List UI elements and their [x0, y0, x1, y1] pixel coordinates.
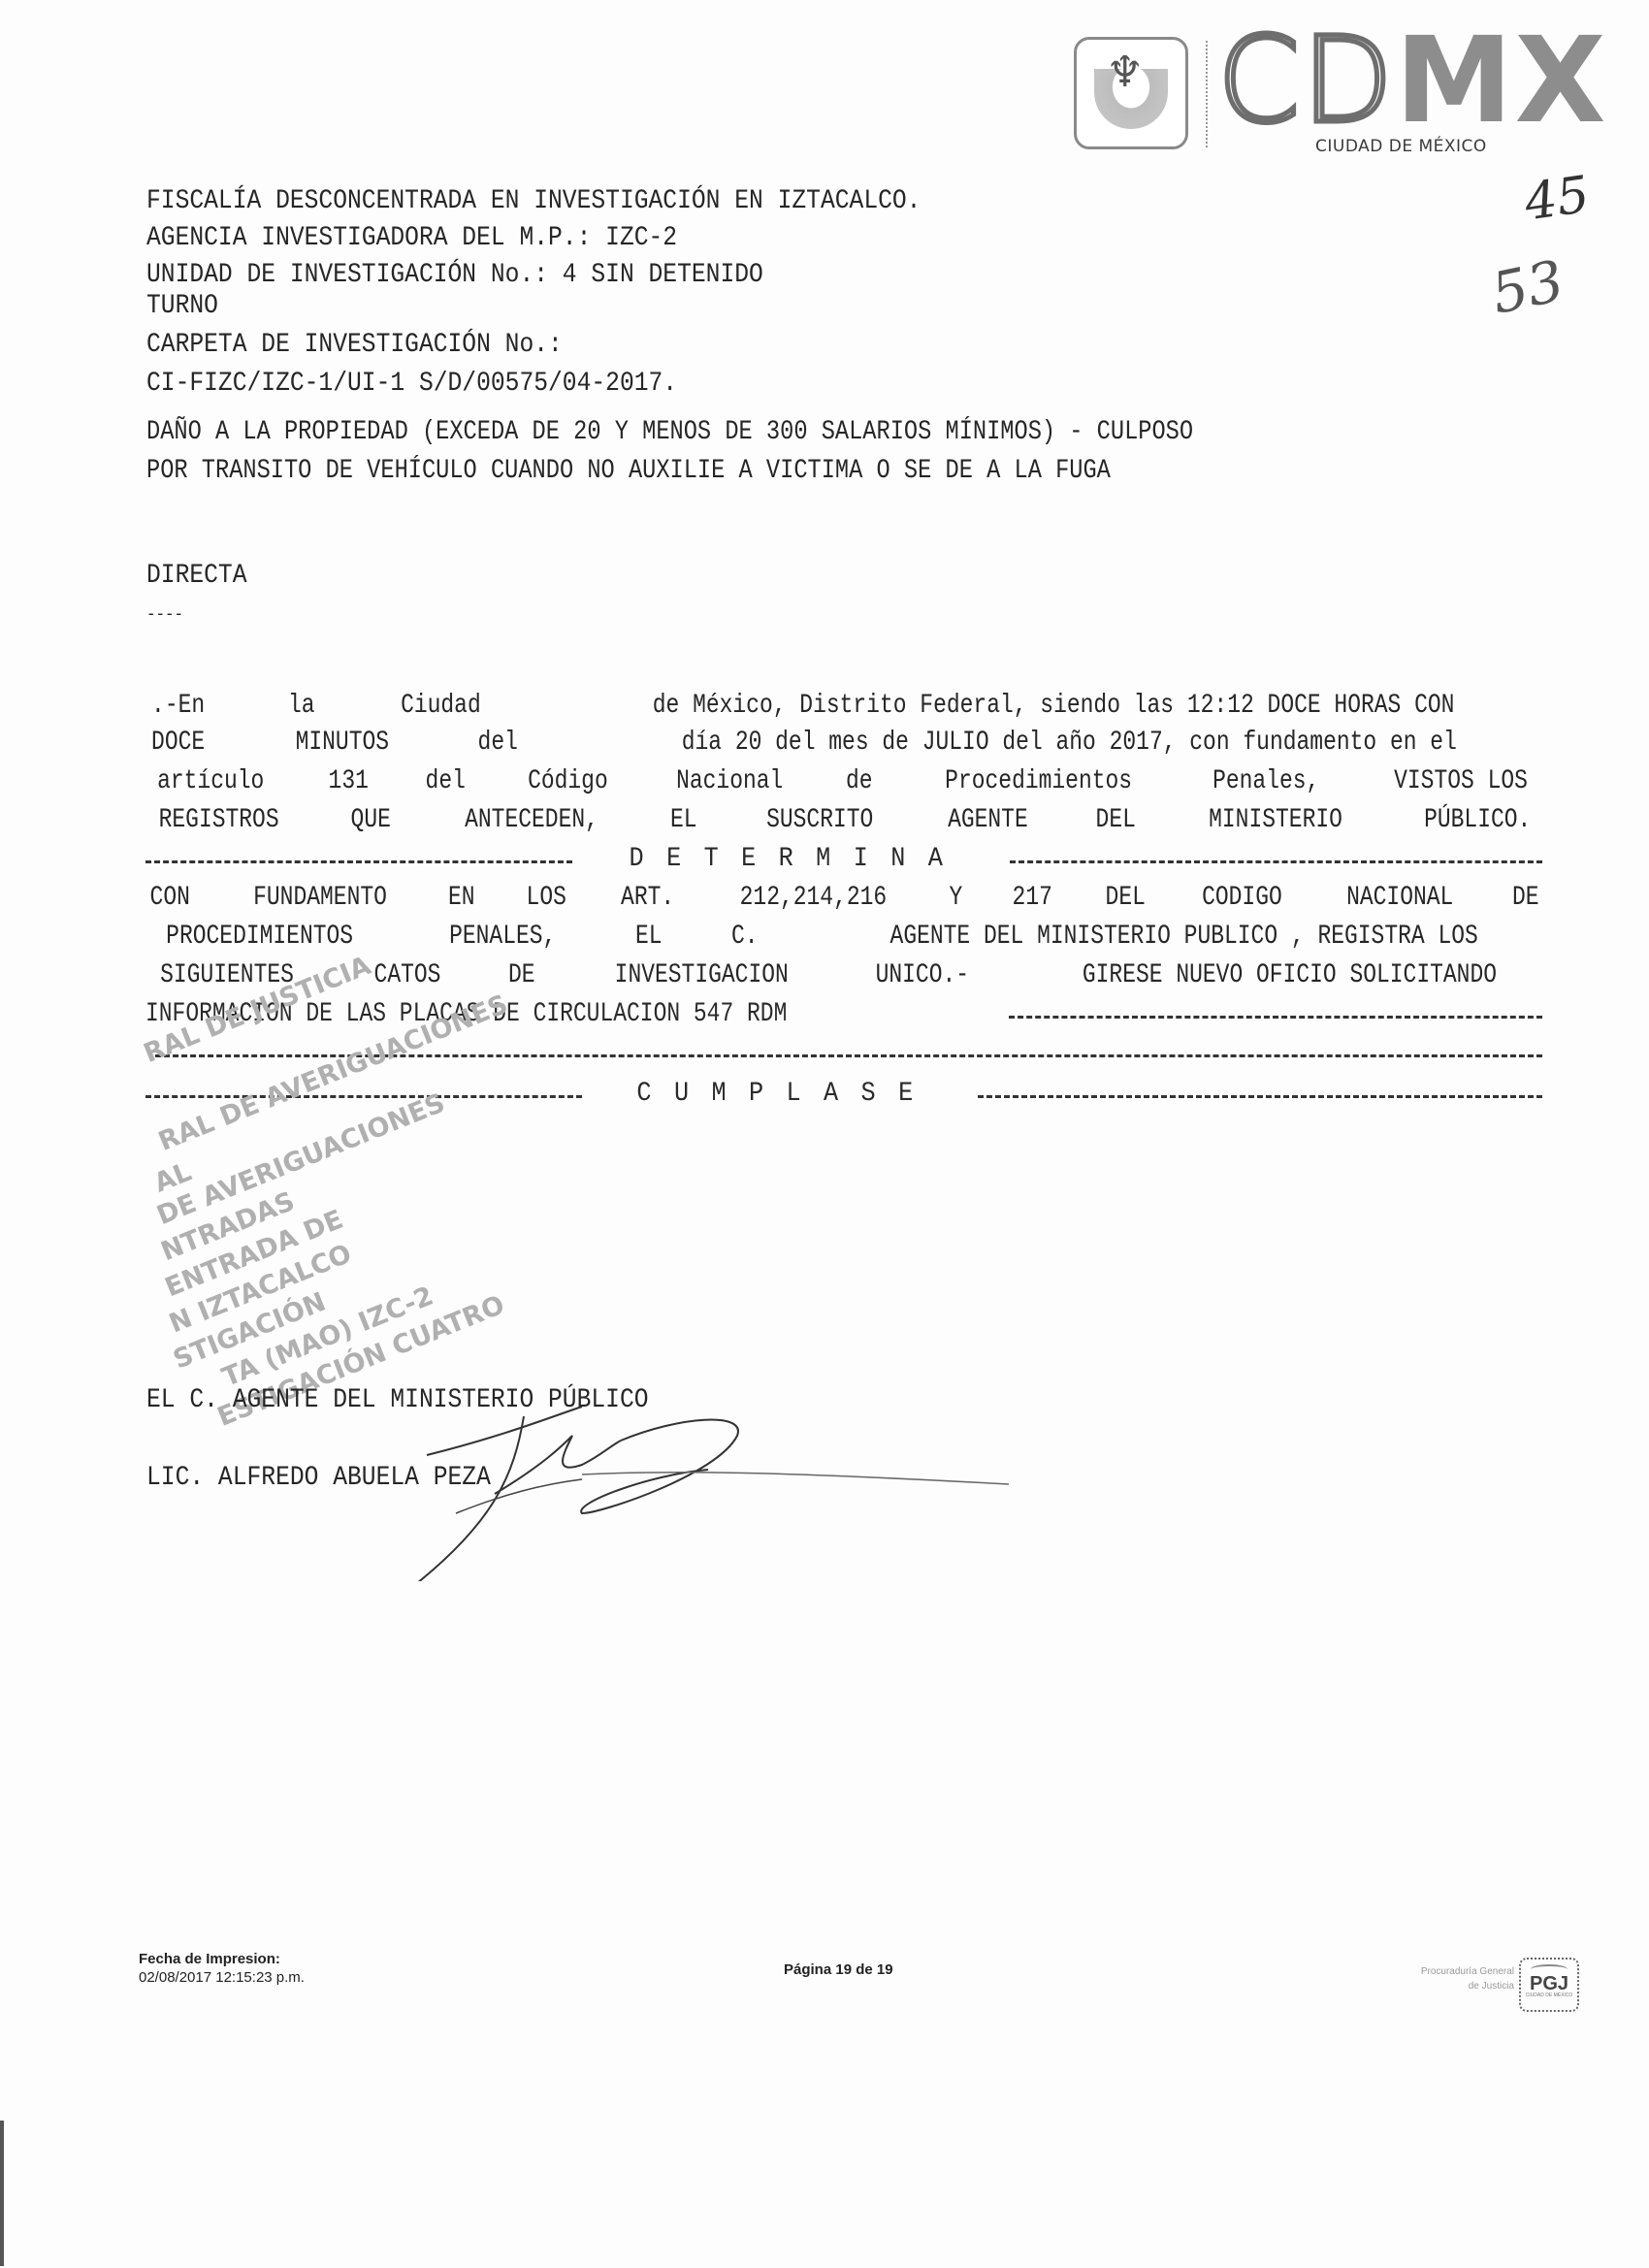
determina-divider: DETERMINA [145, 844, 1542, 875]
heading-carpeta-label: CARPETA DE INVESTIGACIÓN No.: [146, 330, 563, 361]
heading-unidad: UNIDAD DE INVESTIGACIÓN No.: 4 SIN DETEN… [146, 260, 763, 291]
heading-fiscalia: FISCALÍA DESCONCENTRADA EN INVESTIGACIÓN… [146, 186, 921, 217]
determina-label: DETERMINA [595, 844, 988, 875]
body-line: DOCEMINUTOSdeldía 20 del mes de JULIO de… [145, 728, 1542, 759]
scan-edge [0, 2121, 4, 2266]
determination-line: CONFUNDAMENTOENLOSART.212,214,216Y217DEL… [145, 883, 1542, 914]
cdmx-wordmark: CDMX [1217, 21, 1608, 140]
body-line: REGISTROSQUEANTECEDEN,ELSUSCRITOAGENTEDE… [145, 805, 1542, 836]
wave-icon [1531, 1964, 1568, 1974]
handwritten-folio: 45 [1521, 166, 1593, 233]
heading-agencia: AGENCIA INVESTIGADORA DEL M.P.: IZC-2 [146, 223, 677, 254]
handwritten-folio: 53 [1486, 247, 1569, 327]
document-page: ♆ CDMX CIUDAD DE MÉXICO 45 53 FISCALÍA D… [0, 0, 1649, 2268]
pgj-logo: PGJ CIUDAD DE MÉXICO [1519, 1958, 1579, 2012]
body-line: artículo131delCódigoNacionaldeProcedimie… [145, 766, 1542, 797]
page-indicator: Página 19 de 19 [784, 1961, 893, 1978]
heading-carpeta-number: CI-FIZC/IZC-1/UI-1 S/D/00575/04-2017. [146, 369, 677, 400]
handwritten-signature [388, 1397, 1009, 1581]
offense-line-2: POR TRANSITO DE VEHÍCULO CUANDO NO AUXIL… [146, 456, 1111, 487]
document-type-underline: ---- [146, 599, 183, 631]
pgj-institution-text: Procuraduría General de Justicia [1400, 1964, 1514, 1993]
angel-of-independence-icon: ♆ [1106, 51, 1144, 94]
document-type: DIRECTA [146, 561, 247, 592]
determination-line: PROCEDIMIENTOSPENALES,ELC.AGENTE DEL MIN… [145, 922, 1542, 953]
heading-turno: TURNO [146, 291, 218, 322]
body-line: .-EnlaCiudadde México, Distrito Federal,… [145, 691, 1542, 722]
print-date-value: 02/08/2017 12:15:23 p.m. [139, 1969, 305, 1986]
cdmx-subtitle: CIUDAD DE MÉXICO [1315, 137, 1487, 156]
print-date-label: Fecha de Impresion: [139, 1951, 280, 1967]
logo-divider [1206, 41, 1208, 147]
cumplase-label: CUMPLASE [601, 1079, 958, 1110]
offense-line-1: DAÑO A LA PROPIEDAD (EXCEDA DE 20 Y MENO… [146, 417, 1193, 448]
cdmx-emblem: ♆ [1074, 37, 1188, 149]
